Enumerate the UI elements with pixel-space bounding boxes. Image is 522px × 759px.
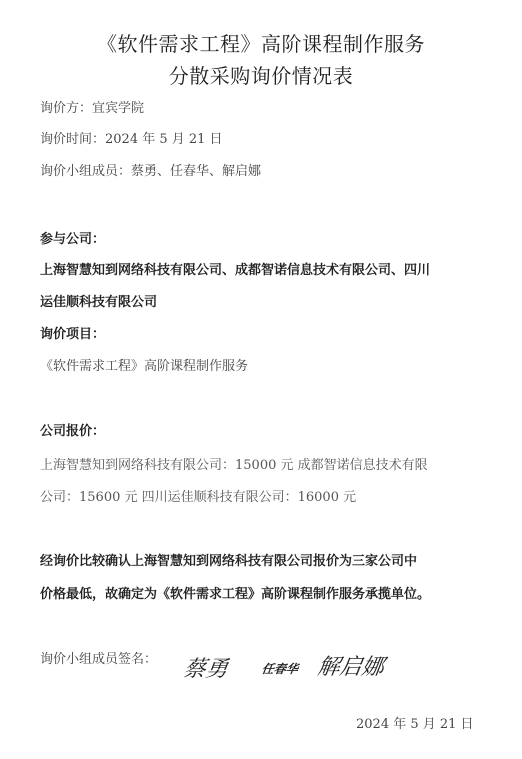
document-title-line1: 《软件需求工程》高阶课程制作服务: [0, 28, 522, 57]
inquirer: 询价方：宜宾学院: [40, 97, 144, 116]
document-title-line2: 分散采购询价情况表: [0, 60, 522, 89]
signature-label: 询价小组成员签名：: [40, 648, 157, 667]
inquiry-time: 询价时间：2024 年 5 月 21 日: [40, 128, 223, 147]
quotes-label: 公司报价：: [40, 420, 105, 439]
conclusion-line2: 价格最低，故确定为《软件需求工程》高阶课程制作服务承揽单位。: [40, 583, 430, 602]
quotes-line2: 公司：15600 元 四川运佳顺科技有限公司：16000 元: [40, 486, 356, 505]
participants-line1: 上海智慧知到网络科技有限公司、成都智诺信息技术有限公司、四川: [40, 259, 430, 278]
group-members: 询价小组成员：蔡勇、任春华、解启娜: [40, 160, 261, 179]
participants-label: 参与公司：: [40, 228, 105, 247]
conclusion-line1: 经询价比较确认上海智慧知到网络科技有限公司报价为三家公司中: [40, 550, 417, 569]
participants-line2: 运佳顺科技有限公司: [40, 291, 157, 310]
signature-2: 任春华: [261, 660, 299, 677]
footer-date: 2024 年 5 月 21 日: [356, 713, 474, 732]
signature-3: 解启娜: [316, 650, 386, 681]
project-value: 《软件需求工程》高阶课程制作服务: [40, 355, 248, 374]
signature-1: 蔡勇: [182, 652, 230, 683]
quotes-line1: 上海智慧知到网络科技有限公司：15000 元 成都智诺信息技术有限: [40, 454, 428, 473]
project-label: 询价项目：: [40, 323, 105, 342]
